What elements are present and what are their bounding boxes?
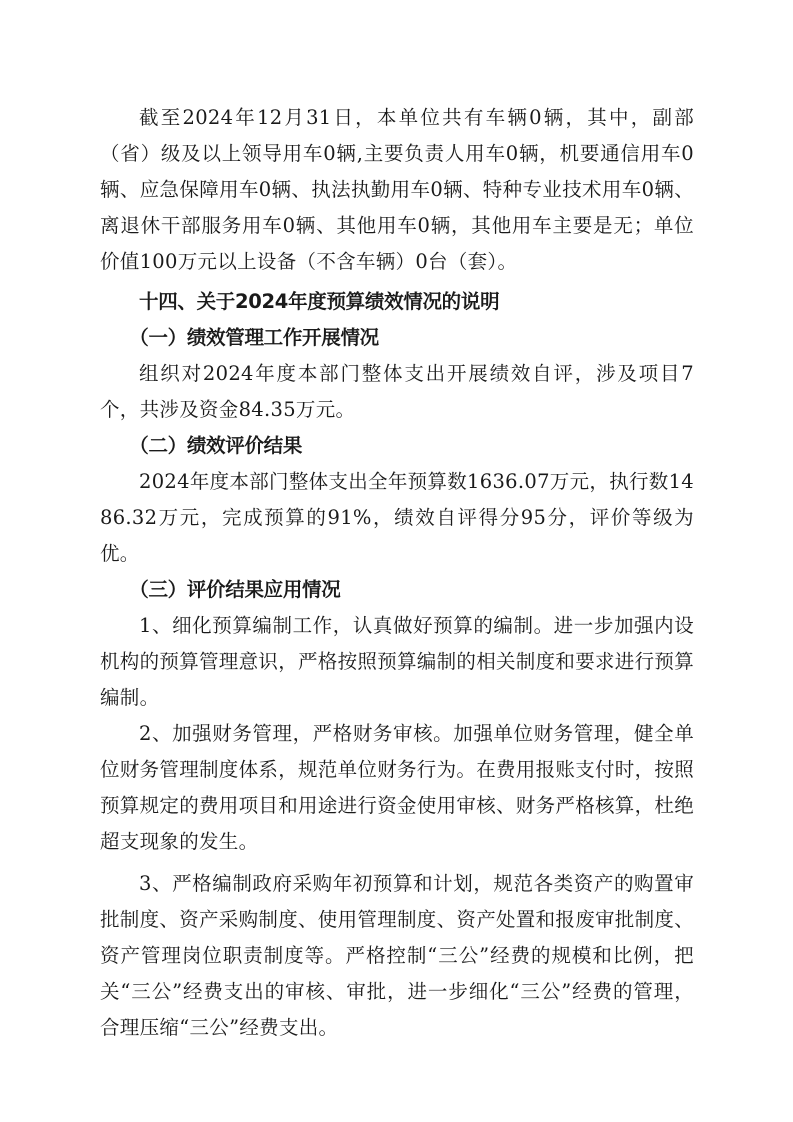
vehicles-paragraph: 截至2024年12月31日，本单位共有车辆0辆，其中，副部（省）级及以上领导用车… bbox=[100, 100, 694, 280]
subsection-1-text: 组织对2024年度本部门整体支出开展绩效自评，涉及项目7个，共涉及资金84.35… bbox=[100, 356, 694, 428]
application-item-2: 2、加强财务管理，严格财务审核。加强单位财务管理，健全单位财务管理制度体系，规范… bbox=[100, 716, 694, 860]
section-14-heading: 十四、关于2024年度预算绩效情况的说明 bbox=[100, 284, 694, 320]
application-item-1: 1、细化预算编制工作，认真做好预算的编制。进一步加强内设机构的预算管理意识，严格… bbox=[100, 608, 694, 716]
subsection-1-heading: （一）绩效管理工作开展情况 bbox=[100, 320, 694, 356]
subsection-2-heading: （二）绩效评价结果 bbox=[100, 428, 694, 464]
subsection-2-text: 2024年度本部门整体支出全年预算数1636.07万元，执行数1486.32万元… bbox=[100, 464, 694, 572]
application-item-3: 3、严格编制政府采购年初预算和计划，规范各类资产的购置审批制度、资产采购制度、使… bbox=[100, 866, 694, 1046]
subsection-3-heading: （三）评价结果应用情况 bbox=[100, 572, 694, 608]
document-page: 截至2024年12月31日，本单位共有车辆0辆，其中，副部（省）级及以上领导用车… bbox=[100, 100, 694, 1046]
